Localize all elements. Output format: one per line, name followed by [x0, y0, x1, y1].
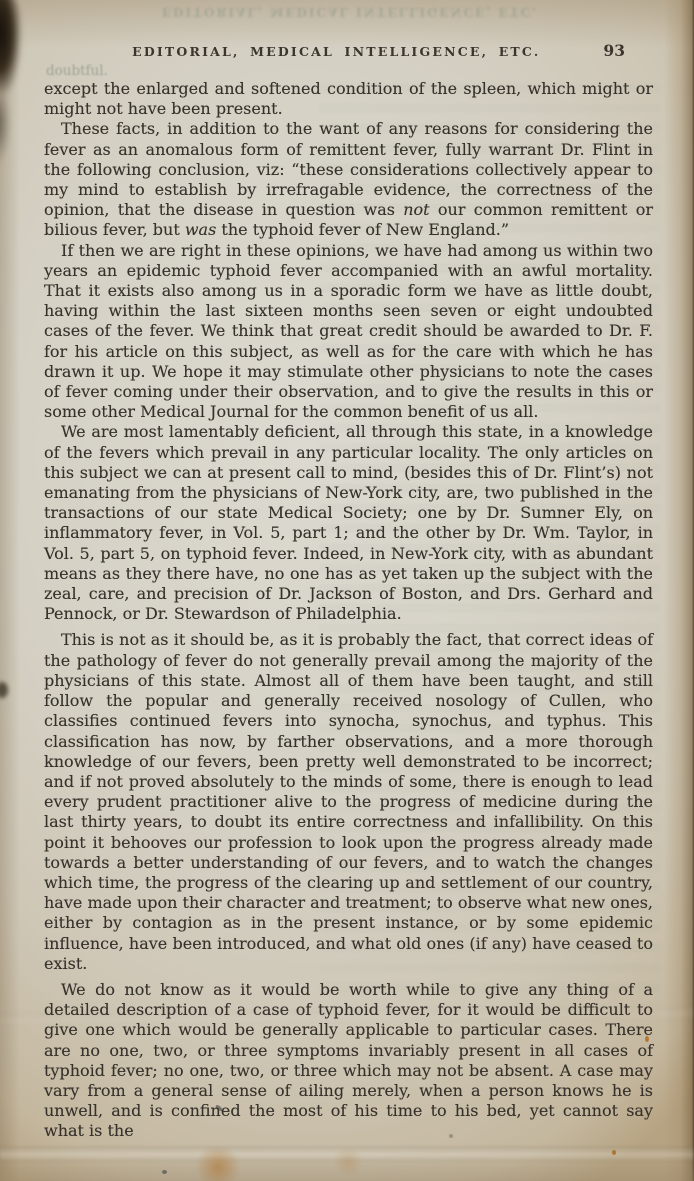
- foxing-stain: [332, 1148, 364, 1176]
- text-run: the typhoid fever of New England.”: [216, 220, 509, 239]
- paragraph: This is not as it should be, as it is pr…: [44, 630, 653, 973]
- paper-speck: [162, 1170, 167, 1174]
- paper-crease: [0, 1146, 694, 1162]
- paper-edge-right: [664, 0, 694, 1181]
- page-number: 93: [603, 41, 625, 60]
- paragraph: We do not know as it would be worth whil…: [44, 980, 653, 1142]
- body-text: except the enlarged and softened conditi…: [44, 79, 653, 1142]
- scanned-book-page: { "colors": { "paper": "#d5d1c5", "paper…: [0, 0, 694, 1181]
- paragraph: We are most lamentably deficient, all th…: [44, 422, 653, 624]
- text-run: was: [185, 220, 216, 239]
- paper-edge-top: [0, 0, 694, 48]
- edge-mark: [0, 682, 8, 698]
- text-run: except the enlarged and softened conditi…: [44, 79, 653, 118]
- paper-speck: [612, 1150, 616, 1155]
- text-run: not: [403, 200, 429, 219]
- bleedthrough-fragment-text: doubtful.: [46, 63, 108, 79]
- text-run: We are most lamentably deficient, all th…: [44, 422, 653, 623]
- paragraph: If then we are right in these opinions, …: [44, 241, 653, 423]
- bleedthrough-header-text: EDITORIAL, MEDICAL INTELLIGENCE, ETC.: [140, 5, 560, 19]
- running-head: EDITORIAL, MEDICAL INTELLIGENCE, ETC. 93: [44, 44, 653, 64]
- paragraph: except the enlarged and softened conditi…: [44, 79, 653, 119]
- text-run: If then we are right in these opinions, …: [44, 241, 653, 422]
- paragraph: These facts, in addition to the want of …: [44, 119, 653, 240]
- torn-corner-stain: [0, 95, 14, 175]
- paper-edge-left: [0, 0, 20, 1181]
- torn-corner-stain: [0, 0, 26, 112]
- text-run: This is not as it should be, as it is pr…: [44, 630, 653, 972]
- paper-edge-bottom: [0, 1153, 694, 1181]
- running-head-title: EDITORIAL, MEDICAL INTELLIGENCE, ETC.: [132, 44, 540, 59]
- text-run: We do not know as it would be worth whil…: [44, 980, 653, 1140]
- foxing-stain: [194, 1146, 242, 1181]
